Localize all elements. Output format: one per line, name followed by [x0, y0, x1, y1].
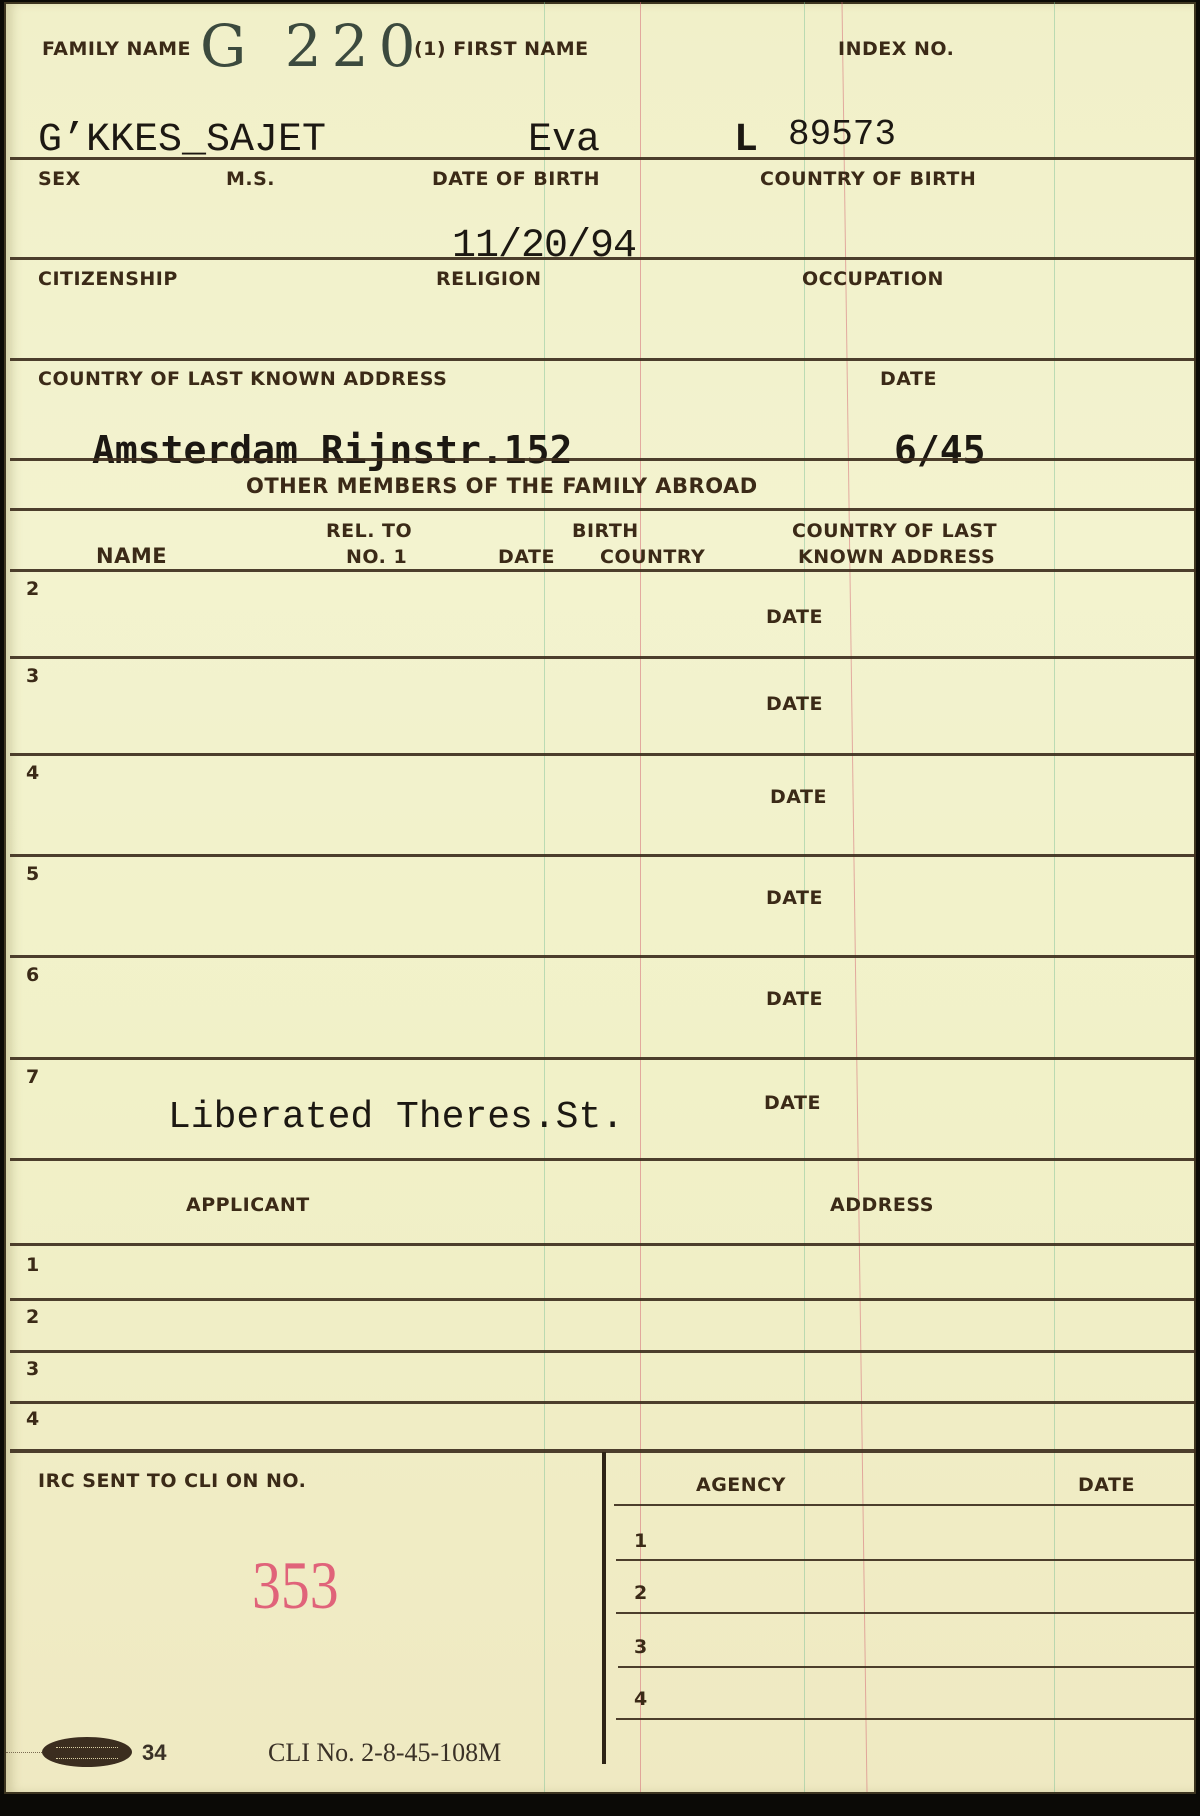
rule — [10, 1243, 1196, 1246]
rule — [10, 358, 1196, 361]
family-member-row[interactable]: 2 DATE — [4, 570, 1196, 656]
handwritten-code: G 220 — [200, 12, 425, 80]
rule — [10, 458, 1196, 461]
section-divider — [602, 1452, 606, 1764]
first-name-label: (1) FIRST NAME — [414, 38, 589, 60]
row-value[interactable]: Liberated Theres.St. — [168, 1096, 624, 1139]
agency-label: AGENCY — [696, 1474, 786, 1496]
irc-stamp-number: 353 — [252, 1546, 339, 1625]
col-name: NAME — [96, 544, 167, 568]
rule — [10, 1158, 1196, 1161]
family-member-row[interactable]: 6 DATE — [4, 956, 1196, 1056]
row-number: 7 — [26, 1066, 40, 1088]
col-birth: BIRTH — [572, 520, 639, 542]
agency-row-number: 3 — [634, 1636, 648, 1658]
last-address-value[interactable]: Amsterdam Rijnstr.152 — [92, 428, 572, 472]
family-member-row[interactable]: 3 DATE — [4, 657, 1196, 753]
row-number: 5 — [26, 863, 40, 885]
row-date-label: DATE — [764, 1092, 821, 1114]
last-address-date-label: DATE — [880, 368, 937, 390]
country-last-address-label: COUNTRY OF LAST KNOWN ADDRESS — [38, 368, 447, 390]
family-member-row[interactable]: 5 DATE — [4, 855, 1196, 955]
rule — [10, 157, 1196, 160]
rule — [10, 257, 1196, 260]
rule — [614, 1504, 1196, 1506]
rule — [10, 508, 1196, 511]
union-label-number: 34 — [142, 1740, 166, 1766]
index-no-label: INDEX NO. — [838, 38, 954, 60]
col-last-address-2: KNOWN ADDRESS — [798, 546, 995, 568]
logo-leader — [6, 1752, 42, 1754]
family-member-row[interactable]: 7 Liberated Theres.St. DATE — [4, 1058, 1196, 1158]
date-of-birth-value[interactable]: 11/20/94 — [452, 224, 636, 269]
row-date-label: DATE — [770, 786, 827, 808]
agency-row-number: 4 — [634, 1688, 648, 1710]
union-label-icon — [42, 1737, 132, 1767]
occupation-label: OCCUPATION — [802, 268, 944, 290]
last-address-date-value[interactable]: 6/45 — [894, 428, 986, 472]
row-number: 2 — [26, 578, 40, 600]
applicant-label: APPLICANT — [186, 1194, 310, 1216]
irc-label: IRC SENT TO CLI ON NO. — [38, 1470, 306, 1492]
religion-label: RELIGION — [436, 268, 542, 290]
applicant-row-number: 1 — [26, 1254, 40, 1276]
row-date-label: DATE — [766, 887, 823, 909]
ms-label: M.S. — [226, 168, 275, 190]
rule — [616, 1612, 1196, 1614]
col-rel-to-no: NO. 1 — [346, 546, 407, 568]
row-number: 6 — [26, 964, 40, 986]
country-of-birth-label: COUNTRY OF BIRTH — [760, 168, 976, 190]
agency-date-label: DATE — [1078, 1474, 1135, 1496]
index-no-value[interactable]: 89573 — [788, 114, 896, 155]
col-rel-to: REL. TO — [326, 520, 412, 542]
family-member-row[interactable]: 4 DATE — [4, 754, 1196, 854]
agency-row-number: 1 — [634, 1530, 648, 1552]
sex-label: SEX — [38, 168, 81, 190]
applicant-row-number: 2 — [26, 1306, 40, 1328]
rule — [616, 1718, 1196, 1720]
form-number: CLI No. 2-8-45-108M — [268, 1738, 501, 1768]
rule — [10, 1298, 1196, 1301]
rule — [618, 1666, 1196, 1668]
family-name-label: FAMILY NAME — [42, 38, 191, 60]
col-birth-date: DATE — [498, 546, 555, 568]
row-date-label: DATE — [766, 606, 823, 628]
col-last-address: COUNTRY OF LAST — [792, 520, 997, 542]
row-number: 4 — [26, 762, 40, 784]
row-date-label: DATE — [766, 693, 823, 715]
applicant-row-number: 4 — [26, 1408, 40, 1430]
index-card: FAMILY NAME G 220 (1) FIRST NAME INDEX N… — [4, 2, 1196, 1794]
applicant-row-number: 3 — [26, 1358, 40, 1380]
rule — [10, 1350, 1196, 1353]
row-number: 3 — [26, 665, 40, 687]
rule — [616, 1559, 1196, 1561]
citizenship-label: CITIZENSHIP — [38, 268, 178, 290]
row-date-label: DATE — [766, 988, 823, 1010]
col-birth-country: COUNTRY — [600, 546, 705, 568]
agency-row-number: 2 — [634, 1582, 648, 1604]
date-of-birth-label: DATE OF BIRTH — [432, 168, 600, 190]
address-label: ADDRESS — [830, 1194, 934, 1216]
rule — [10, 1401, 1196, 1404]
family-abroad-title: OTHER MEMBERS OF THE FAMILY ABROAD — [246, 474, 758, 498]
